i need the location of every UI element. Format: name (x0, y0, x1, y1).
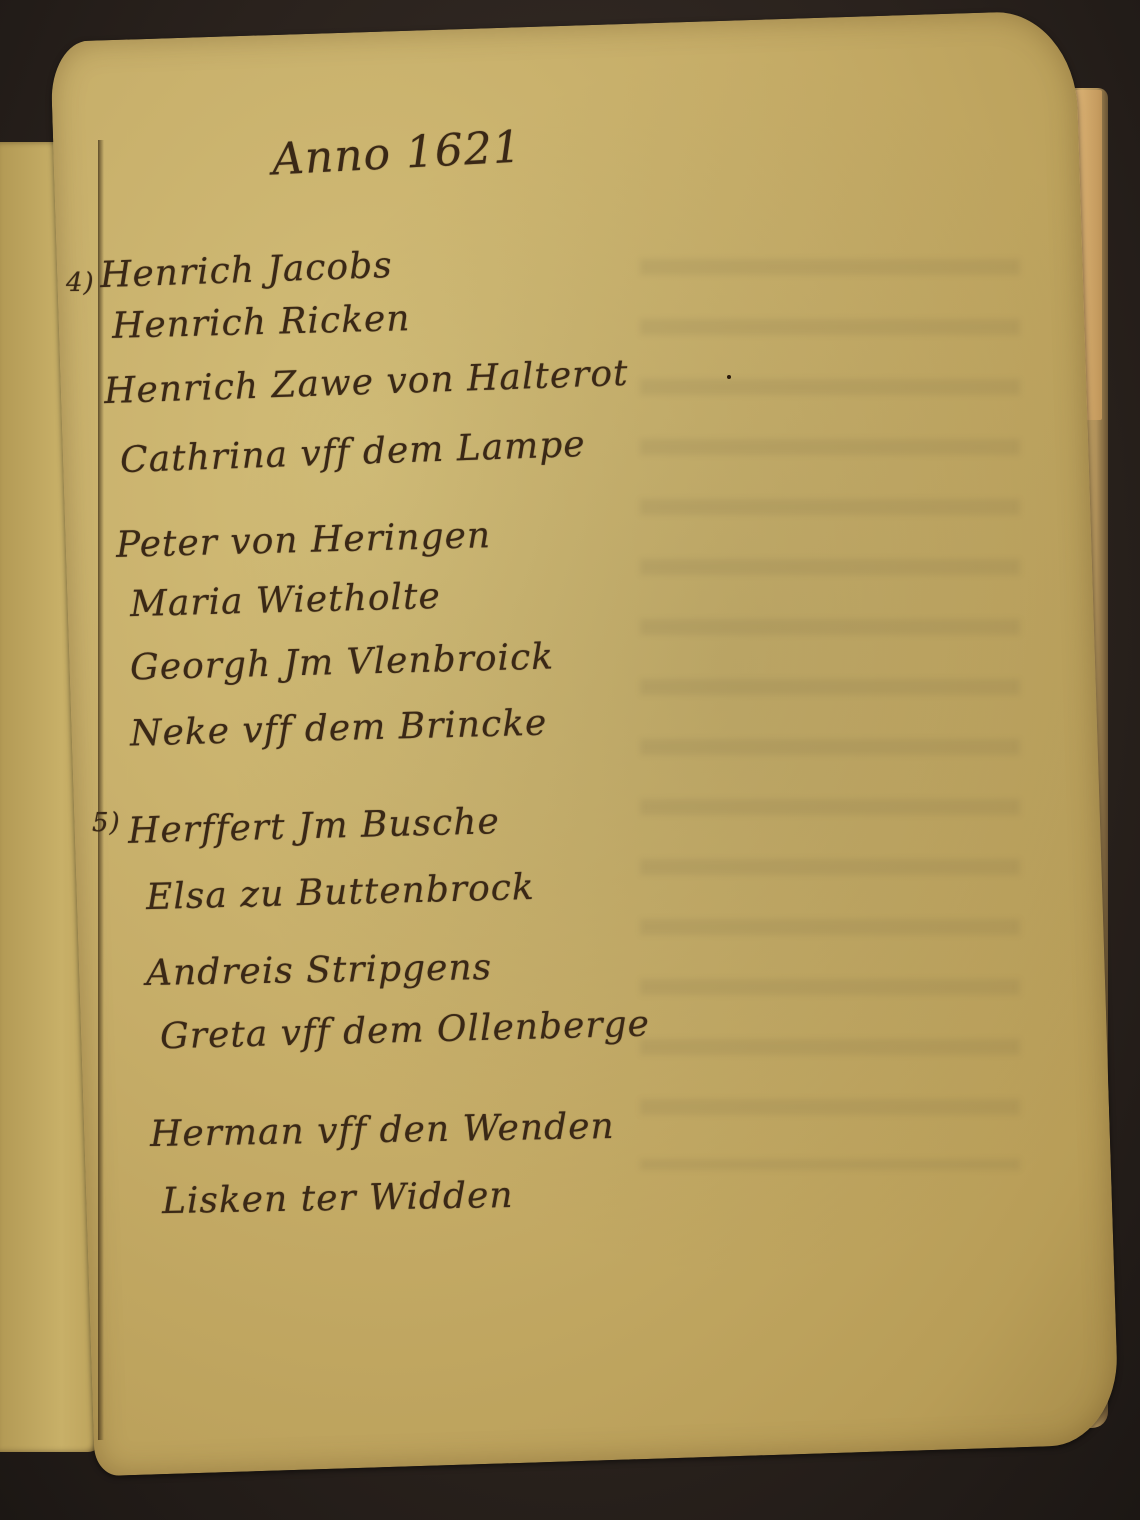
register-entry: Lisken ter Widden (162, 1175, 514, 1222)
ink-bleed-through (640, 230, 1020, 1170)
register-entry: Maria Wietholte (130, 576, 442, 625)
entry-marker: 5) (92, 808, 121, 838)
register-entry: Henrich Ricken (112, 298, 411, 347)
register-entry: Andreis Stripgens (146, 947, 493, 994)
stray-ink-dot (727, 375, 731, 379)
entry-marker: 4) (66, 268, 95, 298)
register-entry: Herman vff den Wenden (150, 1106, 615, 1155)
book-gutter (98, 140, 104, 1440)
